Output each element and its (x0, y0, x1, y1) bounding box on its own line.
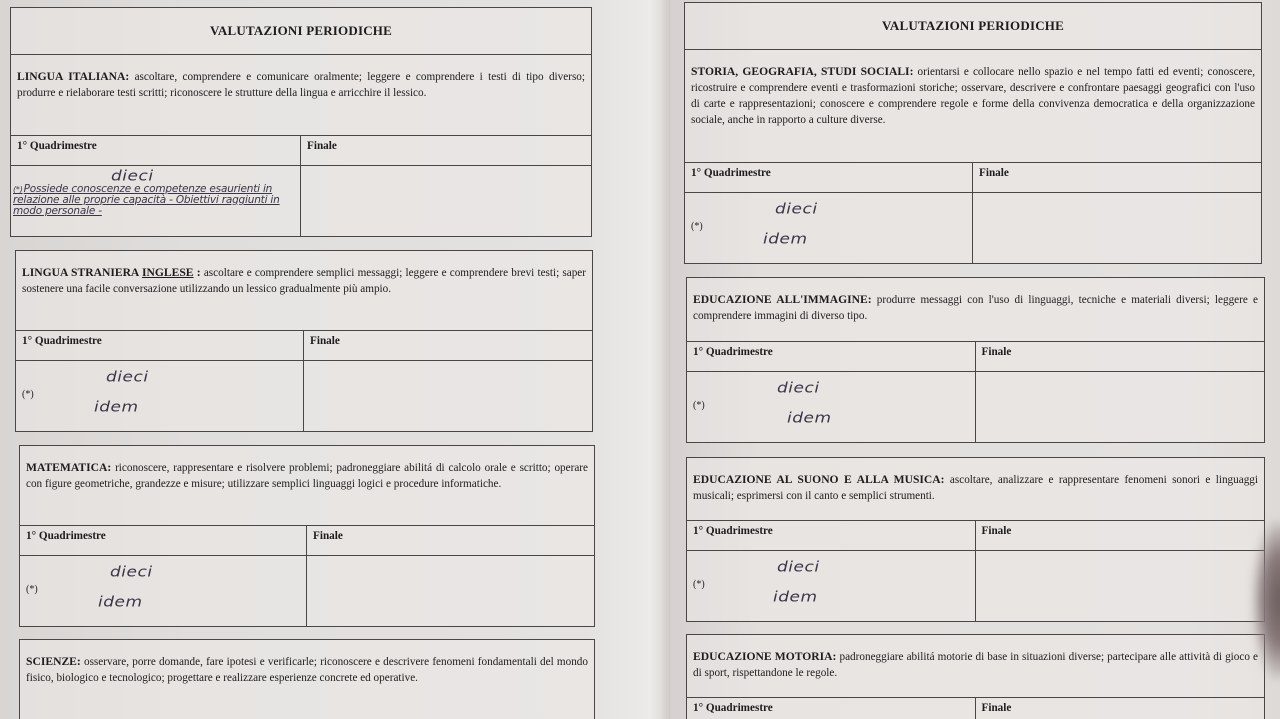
subject-description: EDUCAZIONE AL SUONO E ALLA MUSICA: ascol… (687, 458, 1264, 521)
box-educazione-musica: EDUCAZIONE AL SUONO E ALLA MUSICA: ascol… (686, 457, 1265, 622)
asterisk-marker: (*) (22, 389, 34, 400)
page-fold (648, 0, 670, 719)
grade-header-row: 1° Quadrimestre Finale (685, 163, 1261, 193)
grade-header-row: 1° Quadrimestre Finale (687, 342, 1264, 372)
box-matematica: MATEMATICA: riconoscere, rappresentare e… (19, 445, 595, 627)
asterisk-marker: (*) (691, 221, 703, 232)
final-cell (973, 193, 1261, 263)
header-final: Finale (976, 342, 1265, 371)
final-cell (304, 361, 592, 431)
grade-value-row: (*) dieci idem (687, 551, 1264, 621)
header-first-term: 1° Quadrimestre (685, 163, 973, 192)
header-first-term: 1° Quadrimestre (687, 698, 976, 719)
grade-value-row: dieci (*)Possiede conoscenze e competenz… (11, 166, 591, 236)
asterisk-marker: (*) (693, 400, 705, 411)
subject-description: MATEMATICA: riconoscere, rappresentare e… (20, 446, 594, 526)
subject-description: LINGUA ITALIANA: ascoltare, comprendere … (11, 55, 591, 136)
subject-text: osservare, porre domande, fare ipotesi e… (26, 656, 588, 684)
first-term-grade: dieci (775, 201, 818, 218)
first-term-grade: dieci (110, 564, 153, 581)
first-term-cell: (*) dieci idem (687, 551, 976, 621)
subject-description: LINGUA STRANIERA INGLESE : ascoltare e c… (16, 251, 592, 331)
box-lingua-italiana: VALUTAZIONI PERIODICHE LINGUA ITALIANA: … (10, 7, 592, 237)
header-first-term: 1° Quadrimestre (687, 342, 976, 371)
subject-name: EDUCAZIONE MOTORIA: (693, 650, 836, 663)
grade-header-row: 1° Quadrimestre Finale (20, 526, 594, 556)
subject-description: EDUCAZIONE ALL'IMMAGINE: produrre messag… (687, 278, 1264, 342)
subject-description: SCIENZE: osservare, porre domande, fare … (20, 640, 594, 719)
final-cell (307, 556, 594, 626)
grade-value-row: (*) dieci idem (16, 361, 592, 431)
header-first-term: 1° Quadrimestre (16, 331, 304, 360)
grade-header-row: 1° Quadrimestre Finale (687, 521, 1264, 551)
box-scienze: SCIENZE: osservare, porre domande, fare … (19, 639, 595, 719)
first-term-cell: (*) dieci idem (16, 361, 304, 431)
header-final: Finale (976, 698, 1265, 719)
first-term-cell: (*) dieci idem (20, 556, 307, 626)
grade-value-row: (*) dieci idem (685, 193, 1261, 263)
first-term-grade: dieci (106, 369, 149, 386)
first-term-cell: (*) dieci idem (687, 372, 976, 442)
header-first-term: 1° Quadrimestre (20, 526, 307, 555)
asterisk-marker: (*) (26, 584, 38, 595)
header-final: Finale (307, 526, 594, 555)
first-term-note: (*)Possiede conoscenze e competenze esau… (13, 184, 300, 217)
final-cell (301, 166, 591, 236)
first-term-cell: dieci (*)Possiede conoscenze e competenz… (11, 166, 301, 236)
first-term-grade: dieci (777, 559, 820, 576)
grade-header-row: 1° Quadrimestre Finale (16, 331, 592, 361)
grade-header-row: 1° Quadrimestre Finale (687, 698, 1264, 719)
first-term-note: idem (98, 594, 143, 611)
subject-description: STORIA, GEOGRAFIA, STUDI SOCIALI: orient… (685, 50, 1261, 163)
section-title: VALUTAZIONI PERIODICHE (11, 8, 591, 55)
final-cell (976, 372, 1265, 442)
final-cell (976, 551, 1265, 621)
first-term-note: idem (773, 589, 818, 606)
header-final: Finale (304, 331, 592, 360)
box-educazione-immagine: EDUCAZIONE ALL'IMMAGINE: produrre messag… (686, 277, 1265, 443)
thumb-shadow (1252, 520, 1280, 680)
header-first-term: 1° Quadrimestre (687, 521, 976, 550)
first-term-grade: dieci (777, 380, 820, 397)
header-final: Finale (976, 521, 1265, 550)
first-term-note: idem (763, 231, 808, 248)
box-storia-geografia: VALUTAZIONI PERIODICHE STORIA, GEOGRAFIA… (684, 2, 1262, 264)
header-first-term: 1° Quadrimestre (11, 136, 301, 165)
subject-text: riconoscere, rappresentare e risolvere p… (26, 462, 588, 490)
subject-name: STORIA, GEOGRAFIA, STUDI SOCIALI: (691, 65, 913, 78)
first-term-note: idem (787, 410, 832, 427)
grade-value-row: (*) dieci idem (20, 556, 594, 626)
first-term-grade: dieci (111, 168, 154, 185)
asterisk-marker: (*) (693, 579, 705, 590)
subject-name: EDUCAZIONE AL SUONO E ALLA MUSICA: (693, 473, 945, 486)
header-final: Finale (973, 163, 1261, 192)
section-title: VALUTAZIONI PERIODICHE (685, 3, 1261, 50)
first-term-cell: (*) dieci idem (685, 193, 973, 263)
subject-name: EDUCAZIONE ALL'IMMAGINE: (693, 293, 872, 306)
subject-name: SCIENZE: (26, 655, 81, 668)
subject-description: EDUCAZIONE MOTORIA: padroneggiare abilit… (687, 635, 1264, 698)
grade-value-row: (*) dieci idem (687, 372, 1264, 442)
subject-name: MATEMATICA: (26, 461, 111, 474)
subject-name: LINGUA ITALIANA: (17, 70, 129, 83)
header-final: Finale (301, 136, 591, 165)
box-lingua-straniera: LINGUA STRANIERA INGLESE : ascoltare e c… (15, 250, 593, 432)
box-educazione-motoria: EDUCAZIONE MOTORIA: padroneggiare abilit… (686, 634, 1265, 719)
grade-header-row: 1° Quadrimestre Finale (11, 136, 591, 166)
first-term-note: idem (94, 399, 139, 416)
subject-name: LINGUA STRANIERA INGLESE : (22, 266, 201, 279)
